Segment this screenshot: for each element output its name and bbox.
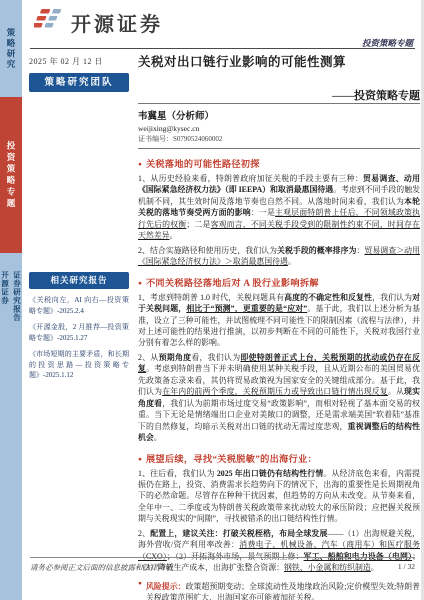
page-number: 1 / 32 (398, 562, 415, 573)
section-title: 不同关税路径落地后对 A 股行业影响拆解 (146, 275, 319, 289)
section-heading-row: ● 不同关税路径落地后对 A 股行业影响拆解 (138, 275, 420, 289)
section-heading-row: ● 展望后续，寻找“关税脱敏”的出海行业： (138, 451, 420, 465)
bullet-icon: ● (138, 580, 142, 600)
risk-paragraph: 风险提示：政策超预期变动；全球流动性及地缘政治风险;定价模型失效;特朗普关税政策… (146, 581, 420, 600)
related-reports-panel: 相关研究报告 《关税向左，AI 向右—投资策略专题》-2025.2.4 《开源金… (29, 272, 129, 381)
body-paragraph: 2、从预期角度看，我们认为即使特朗普正式上台，关税预期的扰动或仍存在反复。考虑到… (138, 352, 420, 444)
body-paragraph: 1、往后看，我们认为 2025 年出口链仍有结构性行情。从经济底色来看，内需提振… (138, 468, 420, 525)
section-title: 关税落地的可能性路径初探 (146, 156, 260, 170)
side-strip-top: 策略研究 (0, 0, 22, 97)
footer-rule (30, 557, 415, 558)
bullet-icon: ● (138, 456, 142, 463)
body-paragraph: 1、从历史经验来看，特朗普政府加征关税的手段主要有三种：贸易调查、动用《国际紧急… (138, 173, 420, 242)
kaiyuan-stripes-icon (34, 7, 64, 38)
side-strip: 策略研究 投资策略专题 开源证券 证券研究报告 (0, 0, 22, 600)
team-badge: 策略研究团队 (29, 73, 129, 92)
side-strip-bottom: 开源证券 证券研究报告 (0, 253, 22, 600)
risk-section: ● 风险提示：政策超预期变动；全球流动性及地缘政治风险;定价模型失效;特朗普关税… (138, 581, 420, 600)
brand-logo: 开源证券 (34, 7, 163, 38)
footer: 请务必参阅正文后面的信息披露和法律声明 1 / 32 (30, 562, 415, 573)
bullet-icon: ● (138, 280, 142, 287)
report-subtitle: ——投资策略专题 (138, 87, 420, 103)
footer-disclaimer: 请务必参阅正文后面的信息披露和法律声明 (30, 562, 173, 573)
report-page: 策略研究 投资策略专题 开源证券 证券研究报告 (0, 0, 424, 600)
side-label-brand: 开源证券 (0, 271, 11, 322)
report-date: 2025 年 02 月 12 日 (29, 56, 103, 67)
header-rule (30, 48, 415, 49)
body-paragraph: 2、结合实施路径和使用历史，我们认为关税手段的概率排序为：贸易调查＞动用《国际紧… (138, 245, 420, 268)
body-paragraph: 1、考虑到特朗普 1.0 时代，关税问题具有高度的不确定性和反复性，我们认为对于… (138, 292, 420, 349)
analyst-email-link[interactable]: weijixing@kysec.cn (138, 124, 420, 133)
analyst-cert-number: 证书编号：S0790524060002 (138, 134, 420, 144)
analyst-rule-top (138, 103, 420, 104)
analyst-name: 韦冀星（分析师） (138, 108, 420, 122)
section-heading-row: ● 关税落地的可能性路径初探 (138, 156, 420, 170)
section-title: 展望后续，寻找“关税脱敏”的出海行业： (146, 451, 317, 465)
side-strip-middle: 投资策略专题 (0, 97, 22, 253)
side-label-top: 策略研究 (5, 28, 17, 70)
related-report-link[interactable]: 《关税向左，AI 向右—投资策略专题》-2025.2.4 (29, 295, 129, 316)
related-report-link[interactable]: 《市场短期的主要矛盾，和长期的投资思路—投资策略专题》-2025.1.12 (29, 349, 129, 381)
side-label-middle: 投资策略专题 (5, 141, 17, 210)
brand-name: 开源证券 (71, 8, 163, 37)
main-content: 韦冀星（分析师） weijixing@kysec.cn 证书编号：S079052… (138, 103, 420, 600)
analyst-rule-bottom (138, 148, 420, 149)
related-reports-title: 相关研究报告 (29, 272, 129, 289)
report-title: 关税对出口链行业影响的可能性测算 (138, 52, 420, 70)
related-report-link[interactable]: 《开源金股，2 月推荐—投资策略专题》-2025.1.27 (29, 322, 129, 343)
side-label-report-type: 证券研究报告 (12, 271, 23, 322)
bullet-icon: ● (138, 161, 142, 168)
